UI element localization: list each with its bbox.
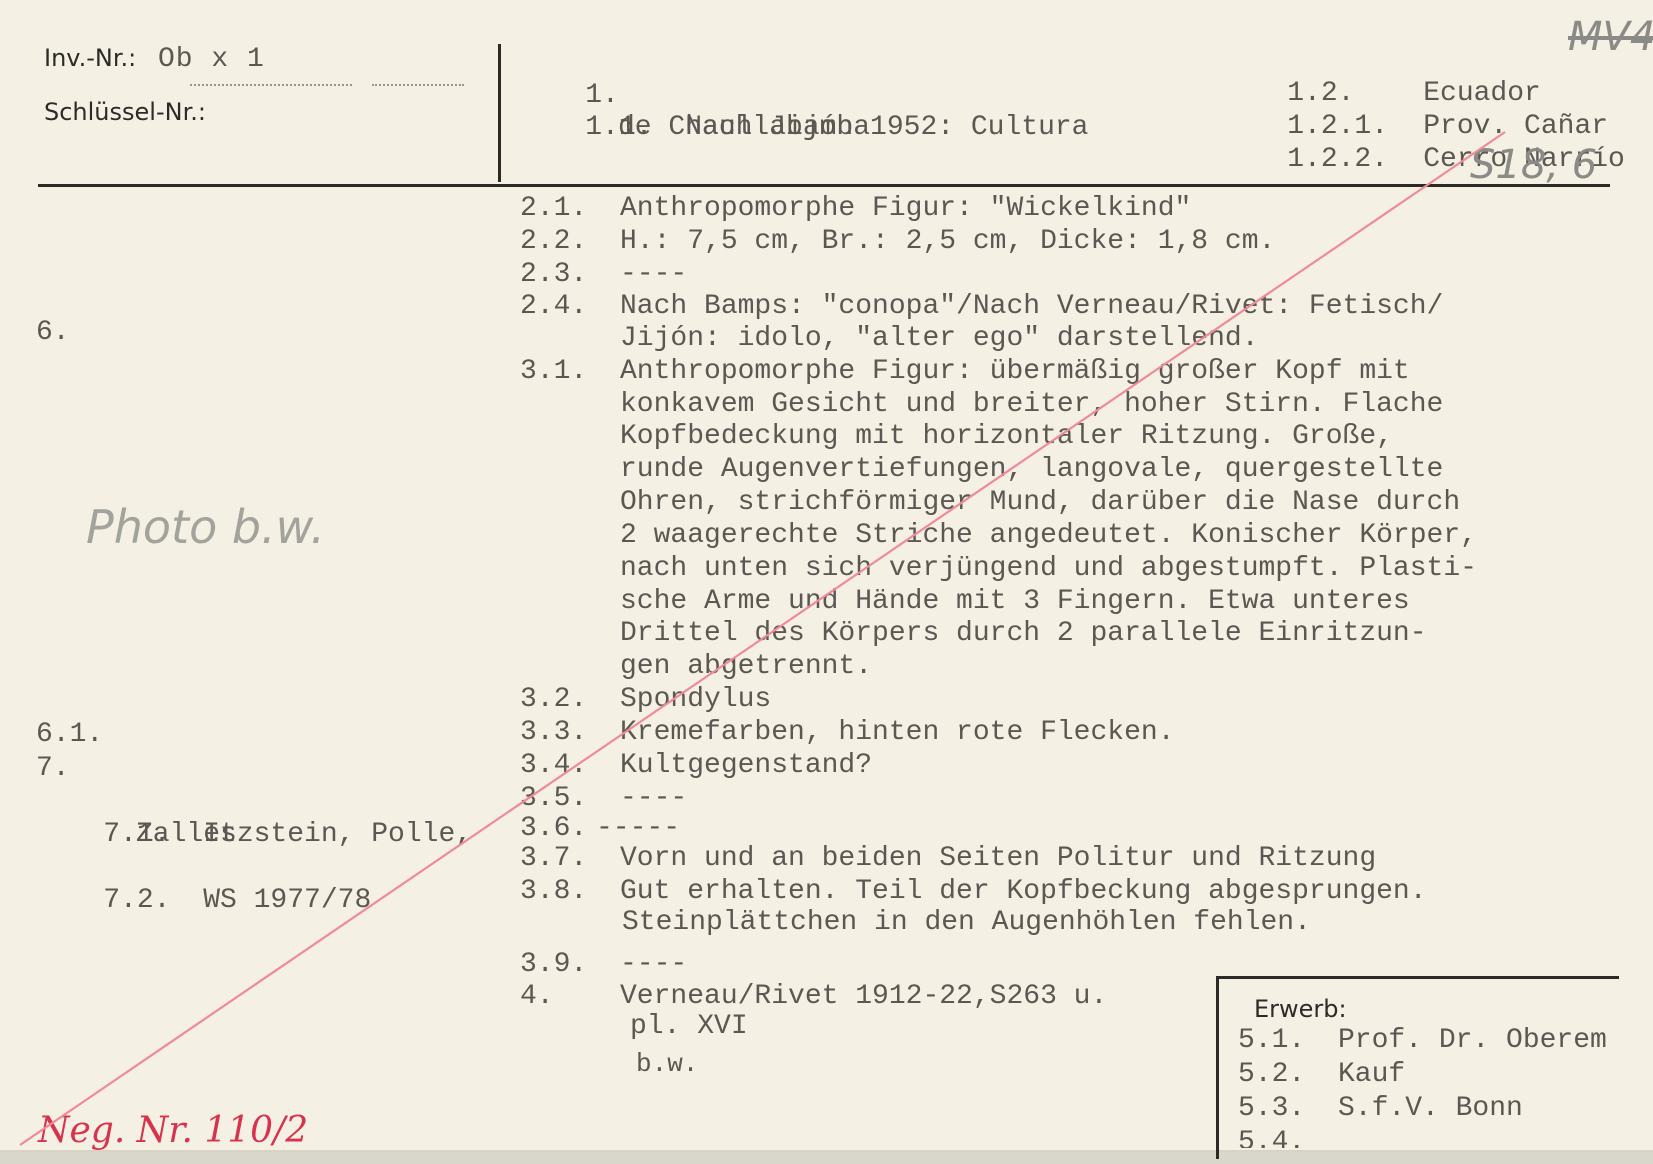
catalog-card: Inv.-Nr.: Ob x 1 Schlüssel-Nr.: 1. 1.1.N… [0, 0, 1653, 1152]
red-diagonal-line [0, 0, 1653, 1164]
